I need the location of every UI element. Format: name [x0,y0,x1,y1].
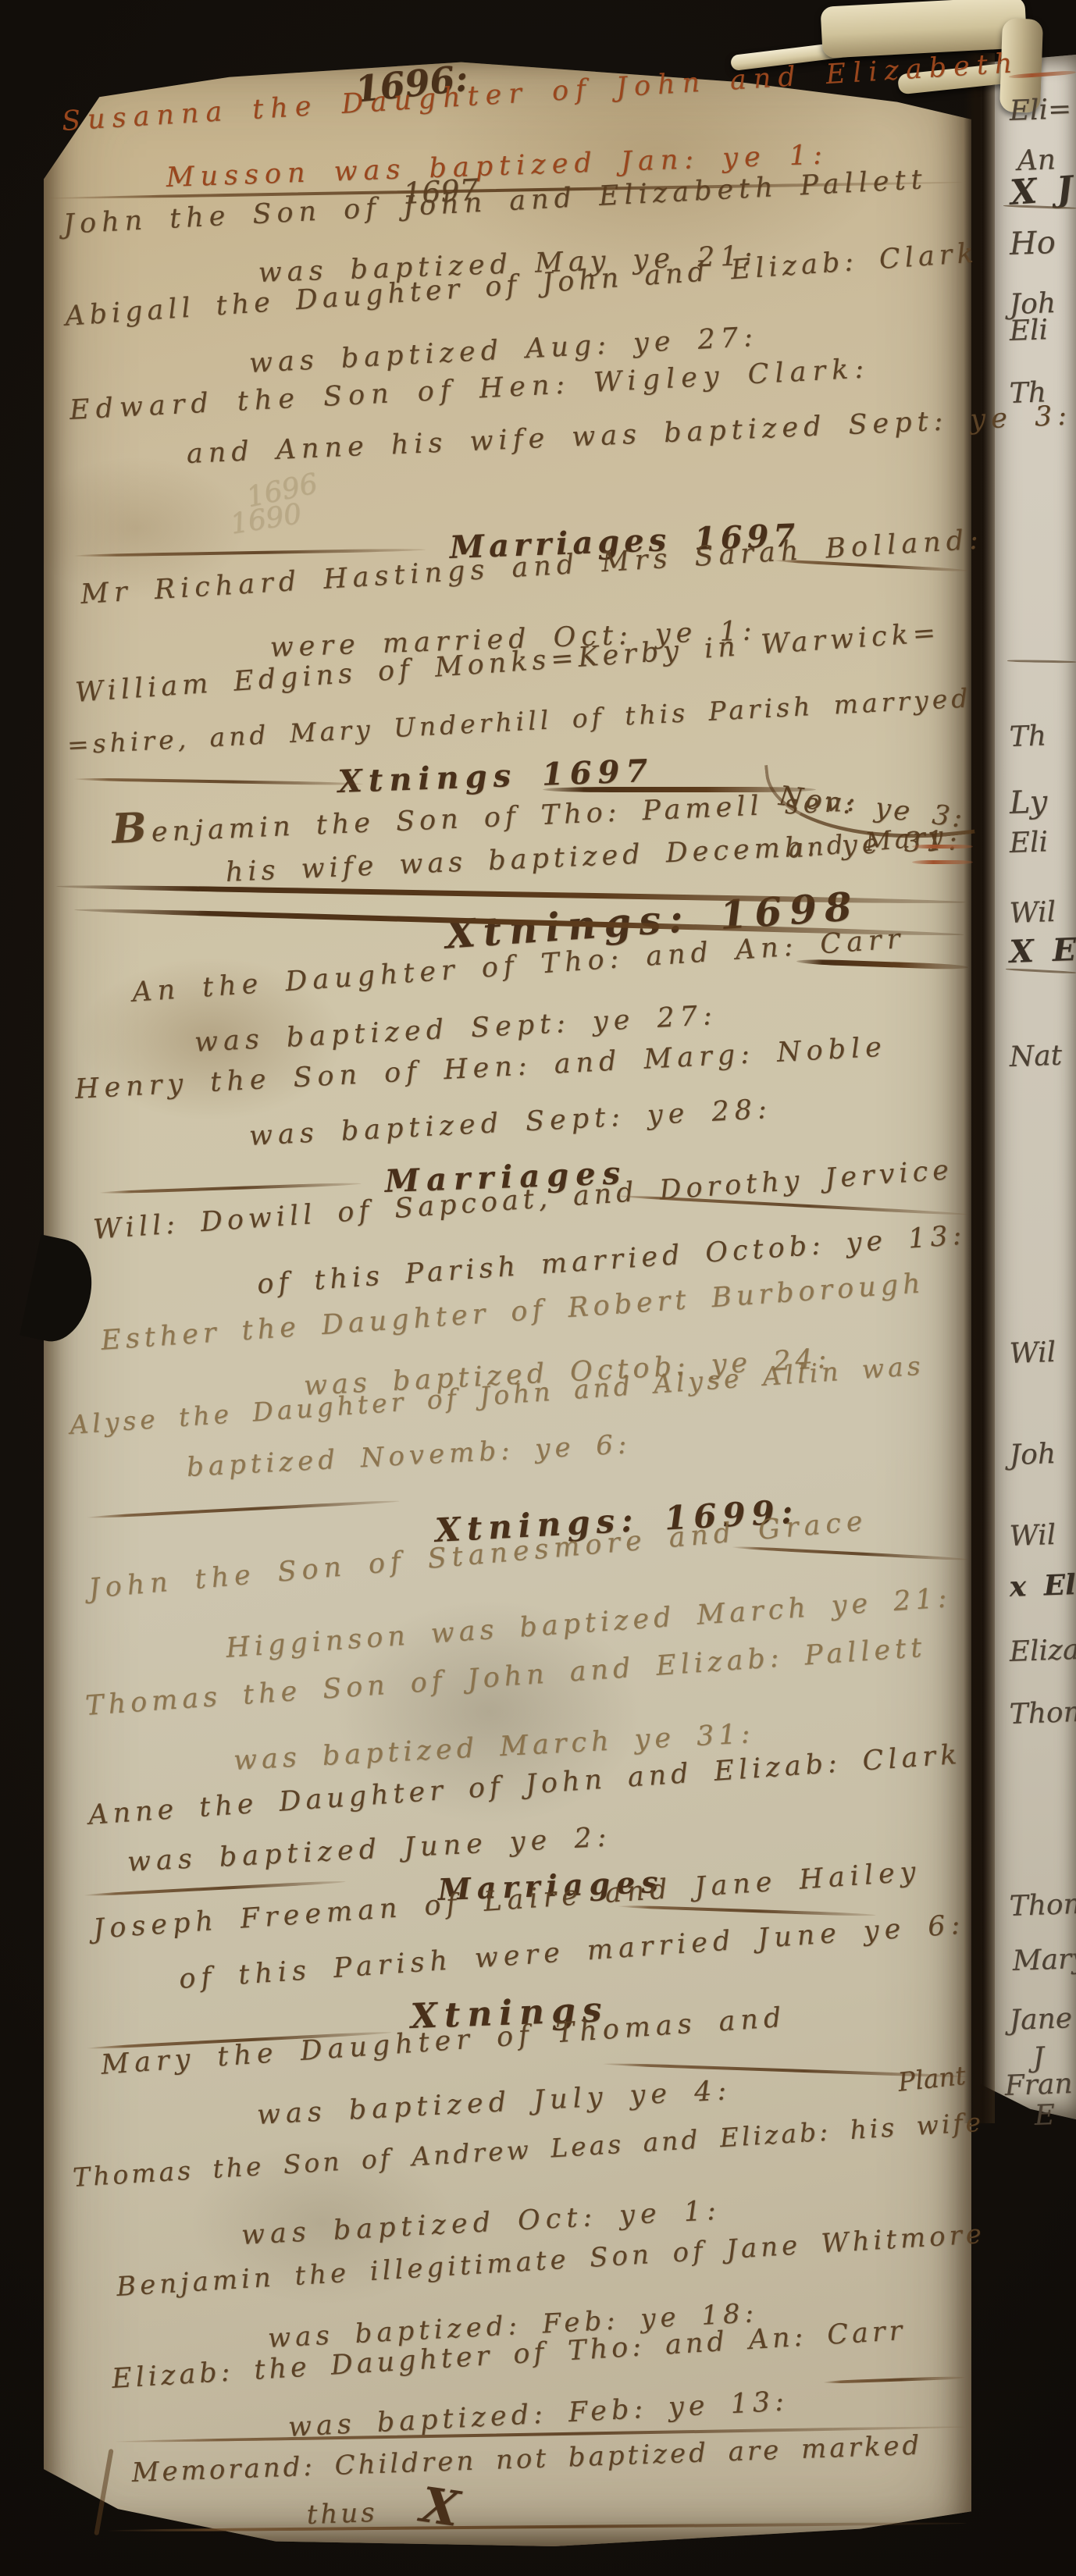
register-line: Susanna the Daughter of John and Elizabe… [61,48,1020,137]
facing-page-fragment: Joh [1009,1438,1056,1471]
hand-drawn-rule [912,845,973,849]
hand-drawn-rule [824,2376,964,2384]
facing-page-fragment: E [1034,2099,1056,2132]
manuscript-text-layer: 1696:Susanna the Daughter of John and El… [0,0,1076,2576]
hand-drawn-rule [100,1182,362,1194]
hand-drawn-rule [732,1546,968,1561]
facing-page-fragment: Jane [1009,2002,1073,2037]
facing-page-fragment: x Eli [1009,1568,1076,1603]
facing-page-fragment: Ly [1009,784,1048,821]
facing-page-fragment: Eli [1009,826,1049,859]
facing-page-fragment: Fran [1004,2068,1073,2102]
register-line: Thomas the Son of Andrew Leas and Elizab… [72,2107,985,2193]
hand-drawn-rule [74,548,426,557]
facing-page-fragment: Eliza [1009,1634,1076,1668]
register-line: baptized Novemb: ye 6: [186,1429,632,1483]
facing-page-fragment: Thom [1009,1695,1076,1731]
facing-page-fragment: Wil [1009,1336,1056,1370]
facing-page-fragment: Wil [1009,1519,1056,1553]
manuscript-photo-canvas: 1696:Susanna the Daughter of John and El… [0,0,1076,2576]
facing-page-fragment: Nat [1009,1040,1063,1073]
hand-drawn-rule [94,2449,113,2535]
facing-page-fragment: X Eli [1009,930,1076,970]
facing-page-fragment: Eli [1009,314,1049,347]
register-line: was baptized Sept: ye 28: [248,1094,773,1152]
facing-page-fragment: Eli= [1009,93,1072,127]
facing-page-fragment: Wil [1009,896,1056,930]
hand-drawn-rule [1007,660,1076,664]
register-line: Plant [896,2060,967,2097]
hand-drawn-rule [618,1905,876,1917]
hand-drawn-rule [74,777,363,785]
facing-page-fragment: Th [1009,376,1047,410]
hand-drawn-rule [84,1880,346,1897]
register-line: was baptized July ye 4: [256,2075,732,2131]
facing-page-fragment: Ho [1009,225,1056,262]
hand-drawn-rule [108,2521,967,2532]
facing-page-fragment: Mary [1012,1943,1076,1977]
hand-drawn-rule [87,1500,400,1519]
hand-drawn-rule [912,860,973,864]
facing-page-fragment: Th [1009,720,1047,753]
hand-drawn-rule [796,959,968,970]
section-heading: 1690 [228,498,304,541]
facing-page-fragment: Thom [1009,1888,1076,1923]
register-line: Thomas the Son of John and Elizab: Palle… [84,1632,927,1722]
register-line: thus [306,2497,378,2531]
